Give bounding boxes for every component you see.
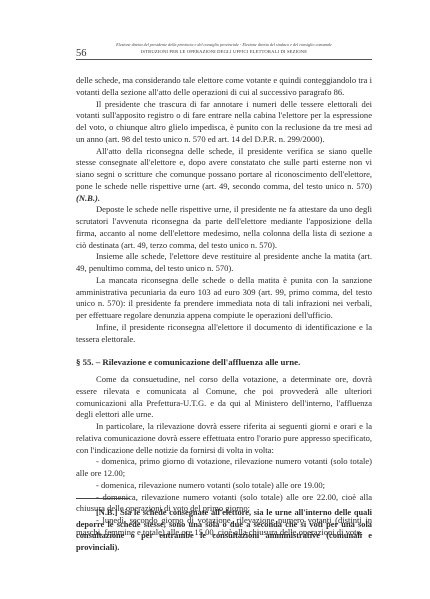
paragraph: Insieme alle schede, l'elettore deve res… bbox=[76, 251, 372, 275]
header-rule bbox=[76, 59, 372, 60]
footnote-text: [N.B.] Sia le schede consegnate all'elet… bbox=[76, 507, 372, 553]
header-titles: Elezione diretta del presidente della pr… bbox=[76, 42, 372, 55]
paragraph: All'atto della riconsegna delle schede, … bbox=[76, 146, 372, 205]
header-title: ISTRUZIONI PER LE OPERAZIONI DEGLI UFFIC… bbox=[76, 48, 372, 55]
paragraph: La mancata riconsegna delle schede o del… bbox=[76, 275, 372, 322]
section-heading: § 55. – Rilevazione e comunicazione dell… bbox=[76, 357, 372, 369]
footnote-rule bbox=[76, 498, 130, 499]
nb-reference: (N.B.). bbox=[76, 193, 100, 203]
footnote: [N.B.] Sia le schede consegnate all'elet… bbox=[76, 507, 372, 553]
paragraph: Il presidente che trascura di far annota… bbox=[76, 99, 372, 146]
paragraph: In particolare, la rilevazione dovrà ess… bbox=[76, 421, 372, 456]
running-header: 56 Elezione diretta del presidente della… bbox=[76, 42, 372, 60]
paragraph: Infine, il presidente riconsegna all'ele… bbox=[76, 322, 372, 346]
list-item: - domenica, rilevazione numero votanti (… bbox=[76, 480, 372, 492]
body-text: delle schede, ma considerando tale elett… bbox=[76, 75, 372, 539]
paragraph: Deposte le schede nelle rispettive urne,… bbox=[76, 204, 372, 251]
paragraph-text: All'atto della riconsegna delle schede, … bbox=[76, 146, 372, 191]
list-item: - domenica, primo giorno di votazione, r… bbox=[76, 456, 372, 480]
paragraph: Come da consuetudine, nel corso della vo… bbox=[76, 374, 372, 421]
paragraph: delle schede, ma considerando tale elett… bbox=[76, 75, 372, 99]
